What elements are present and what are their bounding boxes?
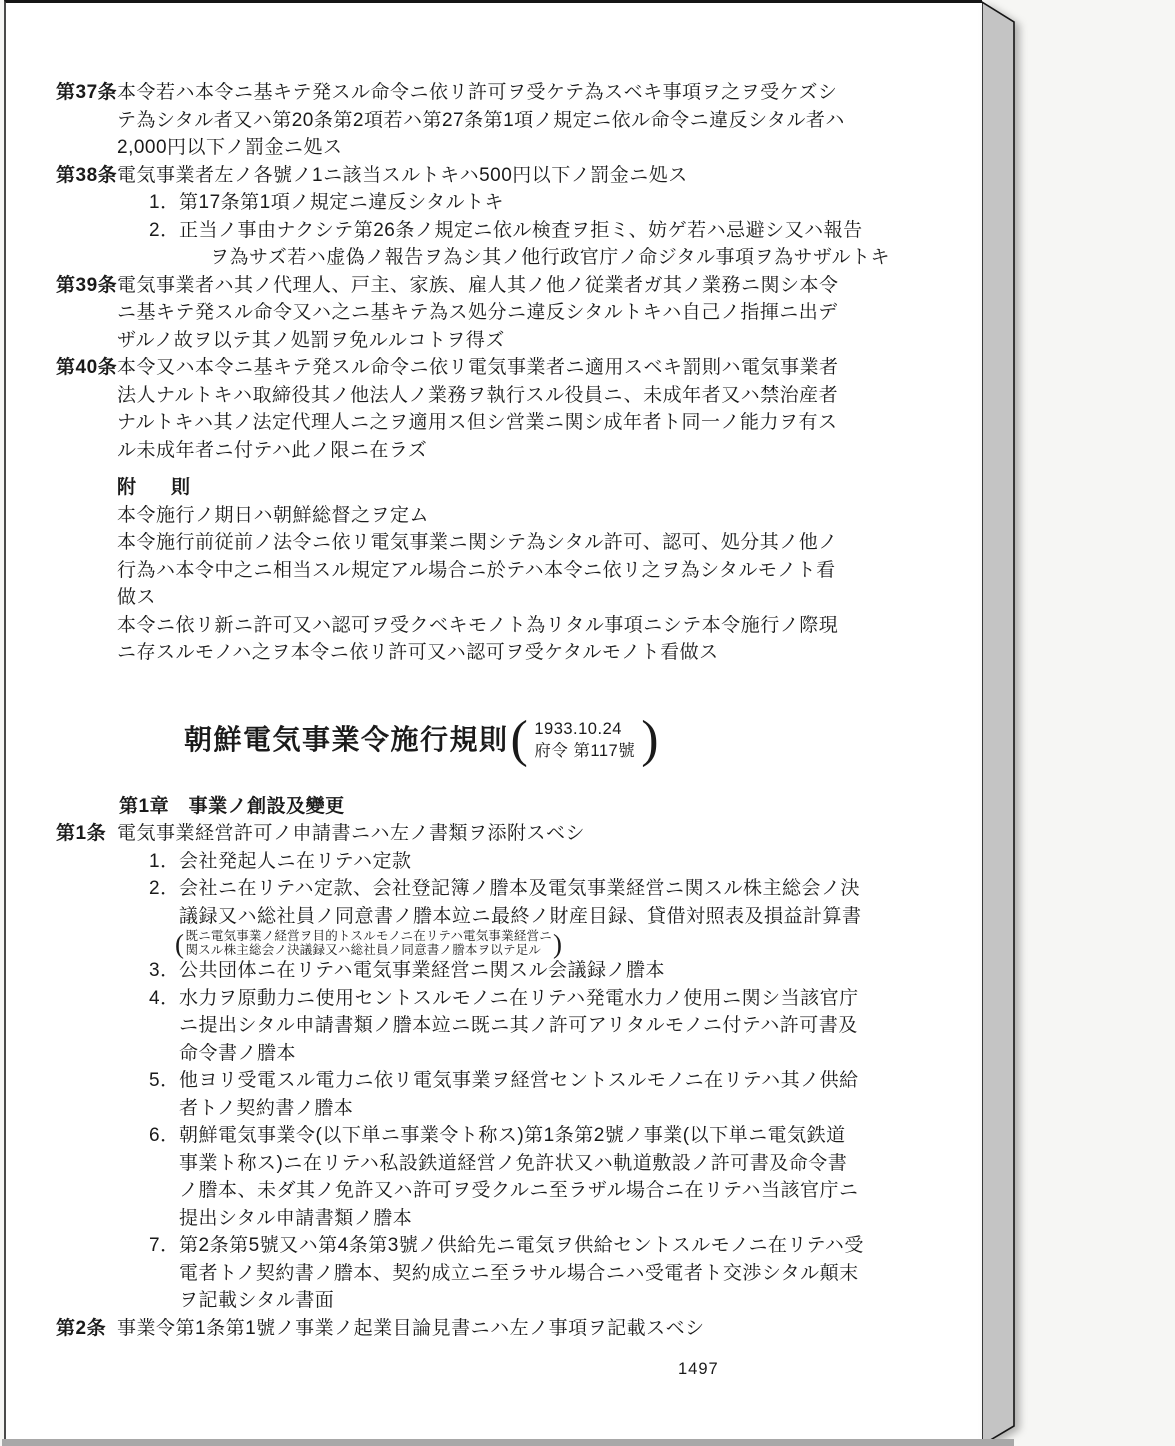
open-paren: (: [174, 931, 186, 957]
article-2: 第2条 事業令第1条第1號ノ事業ノ起業目論見書ニハ左ノ事項ヲ記載スベシ: [6, 1315, 982, 1343]
appendix-line: 本令ニ依リ新ニ許可又ハ認可ヲ受クベキモノト為リタル事項ニシテ本令施行ノ際現: [117, 612, 982, 640]
page-content: 第37条 本令若ハ本令ニ基キテ発スル命令ニ依リ許可ヲ受ケテ為スベキ事項ヲ之ヲ受ケ…: [6, 3, 982, 1384]
document-page: 第37条 本令若ハ本令ニ基キテ発スル命令ニ依リ許可ヲ受ケテ為スベキ事項ヲ之ヲ受ケ…: [4, 0, 982, 1446]
list-item: 3． 公共団体ニ在リテハ電気事業経営ニ関スル会議録ノ謄本: [149, 957, 982, 985]
article-39: 第39条 電気事業者ハ其ノ代理人、戸主、家族、雇人其ノ他ノ従業者ガ其ノ業務ニ関シ…: [6, 272, 982, 300]
article-text-line: 電気事業者ハ其ノ代理人、戸主、家族、雇人其ノ他ノ従業者ガ其ノ業務ニ関シ本令: [117, 272, 839, 300]
list-item-line: 第2条第5號又ハ第4条第3號ノ供給先ニ電気ヲ供給セントスルモノニ在リテハ受: [179, 1232, 864, 1260]
note-line: 関スル株主総会ノ決議録又ハ総社員ノ同意書ノ謄本ヲ以テ足ル: [186, 944, 552, 958]
article-text-line: 本令若ハ本令ニ基キテ発スル命令ニ依リ許可ヲ受ケテ為スベキ事項ヲ之ヲ受ケズシ: [117, 79, 837, 107]
list-item-number: 7．: [149, 1232, 179, 1260]
article-text-line: ザルノ故ヲ以テ其ノ処罰ヲ免ルルコトヲ得ズ: [117, 327, 982, 355]
regulation-date: 1933.10.24: [534, 718, 635, 740]
note-text: 既ニ電気事業ノ経営ヲ目的トスルモノニ在リテハ電気事業経営ニ 関スル株主総会ノ決議…: [186, 930, 552, 957]
book-pages-edge: [982, 0, 1028, 1446]
list-item-number: 1．: [149, 848, 179, 876]
list-item-number: 2．: [149, 875, 179, 903]
appendix-line: ニ存スルモノハ之ヲ本令ニ依リ許可又ハ認可ヲ受ケタルモノト看做ス: [117, 639, 982, 667]
article-1: 第1条 電気事業経営許可ノ申請書ニハ左ノ書類ヲ添附スベシ: [6, 820, 982, 848]
list-item-line: 者トノ契約書ノ謄本: [179, 1095, 982, 1123]
appendix-line: 行為ハ本令中之ニ相当スル規定アル場合ニ於テハ本令ニ依リ之ヲ為シタルモノト看: [117, 557, 982, 585]
list-item-line: ニ提出シタル申請書類ノ謄本竝ニ既ニ其ノ許可アリタルモノニ付テハ許可書及: [179, 1012, 982, 1040]
regulation-title-block: 朝鮮電気事業令施行規則 ( 1933.10.24 府令 第117號 ): [184, 713, 982, 767]
appendix-line: 本令施行前従前ノ法令ニ依リ電気事業ニ関シテ為シタル許可、認可、処分其ノ他ノ: [117, 529, 982, 557]
list-item-line: 提出シタル申請書類ノ謄本: [179, 1205, 982, 1233]
parenthetical-note: ( 既ニ電気事業ノ経営ヲ目的トスルモノニ在リテハ電気事業経営ニ 関スル株主総会ノ…: [174, 930, 982, 957]
list-item-number: 1．: [149, 189, 179, 217]
list-item-line: 正当ノ事由ナクシテ第26条ノ規定ニ依ル検査ヲ拒ミ、妨ゲ若ハ忌避シ又ハ報告: [179, 217, 863, 245]
note-line: 既ニ電気事業ノ経営ヲ目的トスルモノニ在リテハ電気事業経営ニ: [186, 930, 552, 944]
list-item-line: 命令書ノ謄本: [179, 1040, 982, 1068]
list-item-number: 3．: [149, 957, 179, 985]
article-text-line: 本令又ハ本令ニ基キテ発スル命令ニ依リ電気事業者ニ適用スベキ罰則ハ電気事業者: [117, 354, 839, 382]
list-item-number: 6．: [149, 1122, 179, 1150]
article-label: 第38条: [56, 162, 117, 190]
article-text-line: ナルトキハ其ノ法定代理人ニ之ヲ適用ス但シ営業ニ関シ成年者ト同一ノ能力ヲ有ス: [117, 409, 982, 437]
list-item: 2． 会社ニ在リテハ定款、会社登記簿ノ謄本及電気事業経営ニ関スル株主総会ノ決: [149, 875, 982, 903]
list-item: 5． 他ヨリ受電スル電力ニ依リ電気事業ヲ経営セントスルモノニ在リテハ其ノ供給: [149, 1067, 982, 1095]
list-item-line: ヲ為サズ若ハ虚偽ノ報告ヲ為シ其ノ他行政官庁ノ命ジタル事項ヲ為サザルトキ: [210, 244, 982, 272]
list-item: 6． 朝鮮電気事業令(以下単ニ事業令ト称ス)第1条第2號ノ事業(以下単ニ電気鉄道: [149, 1122, 982, 1150]
list-item-line: 水力ヲ原動力ニ使用セントスルモノニ在リテハ発電水力ノ使用ニ関シ当該官庁: [179, 985, 859, 1013]
article-37: 第37条 本令若ハ本令ニ基キテ発スル命令ニ依リ許可ヲ受ケテ為スベキ事項ヲ之ヲ受ケ…: [6, 79, 982, 107]
list-item-number: 4．: [149, 985, 179, 1013]
article-text-line: ニ基キテ発スル命令又ハ之ニ基キテ為ス処分ニ違反シタルトキハ自己ノ指揮ニ出デ: [117, 299, 982, 327]
list-item: 4． 水力ヲ原動力ニ使用セントスルモノニ在リテハ発電水力ノ使用ニ関シ当該官庁: [149, 985, 982, 1013]
article-label: 第40条: [56, 354, 117, 382]
list-item: 1． 第17条第1項ノ規定ニ違反シタルトキ: [149, 189, 982, 217]
article-text-line: 電気事業者左ノ各號ノ1ニ該当スルトキハ500円以下ノ罰金ニ処ス: [117, 162, 688, 190]
list-item-line: 他ヨリ受電スル電力ニ依リ電気事業ヲ経営セントスルモノニ在リテハ其ノ供給: [179, 1067, 859, 1095]
regulation-meta: 1933.10.24 府令 第117號: [530, 718, 639, 762]
article-text-line: 電気事業経営許可ノ申請書ニハ左ノ書類ヲ添附スベシ: [117, 820, 585, 848]
article-text-line: テ為シタル者又ハ第20条第2項若ハ第27条第1項ノ規定ニ依ル命令ニ違反シタル者ハ: [117, 107, 982, 135]
close-paren: ): [639, 715, 661, 765]
article-text-line: 2,000円以下ノ罰金ニ処ス: [117, 134, 982, 162]
appendix-line: 做ス: [117, 584, 982, 612]
list-item-line: 事業ト称ス)ニ在リテハ私設鉄道経営ノ免許状又ハ軌道敷設ノ許可書及命令書: [179, 1150, 982, 1178]
article-text-line: ル未成年者ニ付テハ此ノ限ニ在ラズ: [117, 437, 982, 465]
list-item-line: 議録又ハ総社員ノ同意書ノ謄本竝ニ最終ノ財産目録、貸借対照表及損益計算書: [179, 903, 982, 931]
pages-edge-shape: [982, 2, 1014, 1445]
appendix-heading: 附 則: [117, 474, 982, 502]
list-item-line: 公共団体ニ在リテハ電気事業経営ニ関スル会議録ノ謄本: [179, 957, 665, 985]
list-item-line: 電者トノ契約書ノ謄本、契約成立ニ至ラサル場合ニハ受電者ト交渉シタル顛末: [179, 1260, 982, 1288]
list-item-number: 5．: [149, 1067, 179, 1095]
article-38: 第38条 電気事業者左ノ各號ノ1ニ該当スルトキハ500円以下ノ罰金ニ処ス: [6, 162, 982, 190]
list-item: 1． 会社発起人ニ在リテハ定款: [149, 848, 982, 876]
page-number: 1497: [678, 1356, 982, 1384]
regulation-ordinance: 府令 第117號: [534, 740, 635, 762]
list-item-number: 2．: [149, 217, 179, 245]
article-label: 第1条: [56, 820, 117, 848]
open-paren: (: [509, 715, 531, 765]
book-bottom-edge: [2, 1439, 1014, 1446]
close-paren: ): [552, 931, 564, 957]
list-item-line: 会社発起人ニ在リテハ定款: [179, 848, 411, 876]
appendix-line: 本令施行ノ期日ハ朝鮮総督之ヲ定ム: [117, 502, 982, 530]
list-item-line: 会社ニ在リテハ定款、会社登記簿ノ謄本及電気事業経営ニ関スル株主総会ノ決: [179, 875, 860, 903]
regulation-title: 朝鮮電気事業令施行規則: [184, 726, 509, 754]
article-text-line: 事業令第1条第1號ノ事業ノ起業目論見書ニハ左ノ事項ヲ記載スベシ: [117, 1315, 705, 1343]
article-text-line: 法人ナルトキハ取締役其ノ他法人ノ業務ヲ執行スル役員ニ、未成年者又ハ禁治産者: [117, 382, 982, 410]
chapter-heading: 第1章 事業ノ創設及變更: [119, 793, 982, 821]
article-label: 第2条: [56, 1315, 117, 1343]
list-item: 2． 正当ノ事由ナクシテ第26条ノ規定ニ依ル検査ヲ拒ミ、妨ゲ若ハ忌避シ又ハ報告: [149, 217, 982, 245]
list-item-line: 朝鮮電気事業令(以下単ニ事業令ト称ス)第1条第2號ノ事業(以下単ニ電気鉄道: [179, 1122, 846, 1150]
list-item-line: ヲ記載シタル書面: [179, 1287, 982, 1315]
list-item: 7． 第2条第5號又ハ第4条第3號ノ供給先ニ電気ヲ供給セントスルモノニ在リテハ受: [149, 1232, 982, 1260]
book-scan: 第37条 本令若ハ本令ニ基キテ発スル命令ニ依リ許可ヲ受ケテ為スベキ事項ヲ之ヲ受ケ…: [0, 0, 1175, 1446]
list-item-line: 第17条第1項ノ規定ニ違反シタルトキ: [179, 189, 504, 217]
article-label: 第37条: [56, 79, 117, 107]
list-item-line: ノ謄本、未ダ其ノ免許又ハ許可ヲ受クルニ至ラザル場合ニ在リテハ当該官庁ニ: [179, 1177, 982, 1205]
article-40: 第40条 本令又ハ本令ニ基キテ発スル命令ニ依リ電気事業者ニ適用スベキ罰則ハ電気事…: [6, 354, 982, 382]
article-label: 第39条: [56, 272, 117, 300]
